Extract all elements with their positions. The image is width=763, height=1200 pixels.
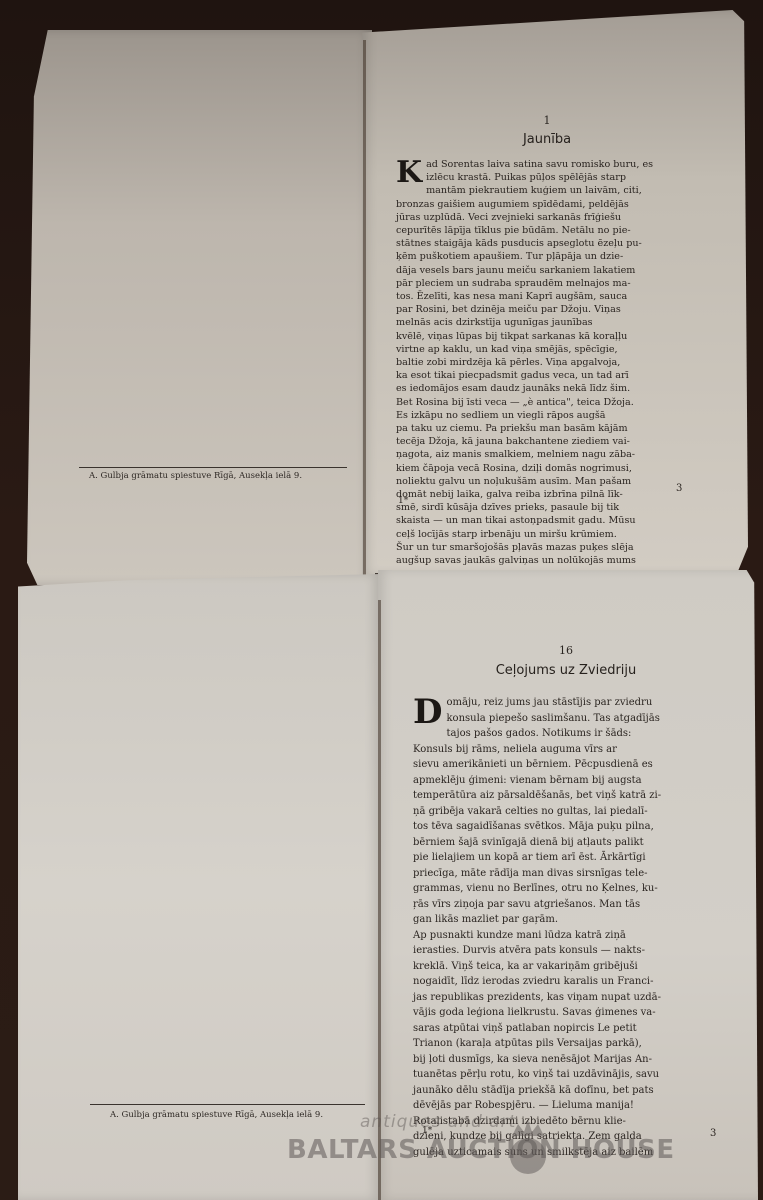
text-line: pār pleciem un sudraba spraudēm melnajos… — [396, 277, 688, 290]
text-line: Trianon (karaļa atpūtas pils Versaijas p… — [413, 1036, 695, 1052]
text-line: stātnes staigāja kāds pusducis apseglotu… — [396, 237, 688, 250]
chapter-body-text: K ad Sorentas laiva satina savu romisko … — [396, 158, 688, 567]
text-line: priecīga, māte rādīja man divas sirsnīga… — [413, 866, 695, 882]
imprint-rule — [90, 1104, 365, 1105]
text-line: pie lielajiem un kopā ar tiem arī ēst. Ā… — [413, 850, 695, 866]
bottom-book-right-page: 16 Ceļojums uz Zviedriju D omāju, reiz j… — [378, 570, 758, 1200]
text-line: ceļš locījās starp irbenāju un miršu krū… — [396, 528, 688, 541]
text-line: augšup savas jaukās galviņas un nolūkojā… — [396, 554, 688, 567]
text-line: par Rosini, bet dzinēja meiču par Džoju.… — [396, 303, 688, 316]
text-line: Es izkāpu no sedliem un viegli rāpos aug… — [396, 409, 688, 422]
text-line: vājis goda leģiona lielkrustu. Savas ģim… — [413, 1005, 695, 1021]
text-line: tecēja Džoja, kā jauna bakchantene ziedi… — [396, 435, 688, 448]
text-line: temperātūra aiz pārsaldēšanās, bet viņš … — [413, 788, 695, 804]
text-line: mantām piekrautiem kuģiem un laivām, cit… — [396, 184, 688, 197]
chapter-number: 16 — [378, 644, 756, 657]
text-line: tos tēva sagaidīšanas svētkos. Māja puķu… — [413, 819, 695, 835]
text-line: konsula piepešo saslimšanu. Tas atgadījā… — [413, 711, 695, 727]
text-line: Šur un tur smaršojošās pļavās mazas puķe… — [396, 541, 688, 554]
text-line: ŗās vīrs ziņoja par savu atgriešanos. Ma… — [413, 897, 695, 913]
chapter-title: Jaunība — [362, 132, 740, 147]
text-line: es iedomājos esam daudz jaunāks nekā līd… — [396, 382, 688, 395]
text-line: omāju, reiz jums jau stāstījis par zvied… — [413, 695, 695, 711]
text-line: skaista — un man tikai astoņpadsmit gadu… — [396, 514, 688, 527]
text-line: bērniem šajā svinīgajā dienā bij atļauts… — [413, 835, 695, 851]
printer-imprint: A. Gulbja grāmatu spiestuve Rīgā, Ausekļ… — [110, 1110, 323, 1120]
top-book-right-page: 1 Jaunība K ad Sorentas laiva satina sav… — [362, 10, 748, 575]
text-line: ierasties. Durvis atvēra pats konsuls — … — [413, 943, 695, 959]
drop-cap: K — [396, 160, 422, 186]
text-line: ķēm puškotiem apaušiem. Tur pļāpāja un d… — [396, 250, 688, 263]
crown-logo-icon — [506, 1118, 550, 1178]
chapter-title: Ceļojums uz Zviedriju — [378, 663, 756, 678]
text-line: tuanētas pērļu rotu, ko viņš tai uzdāvin… — [413, 1067, 695, 1083]
text-line: saras atpūtai viņš patlaban nopircis Le … — [413, 1021, 695, 1037]
watermark-tagline: antiques and art — [360, 1112, 516, 1132]
text-line: ņagota, aiz manis smalkiem, melniem nagu… — [396, 448, 688, 461]
text-line: pa taku uz ciemu. Pa priekšu man basām k… — [396, 422, 688, 435]
text-line: Konsuls bij rāms, neliela auguma vīrs ar — [413, 742, 695, 758]
text-line: jas republikas prezidents, kas viņam nup… — [413, 990, 695, 1006]
printer-imprint: A. Gulbja grāmatu spiestuve Rīgā, Ausekļ… — [89, 471, 302, 481]
text-line: tajos pašos gados. Notikums ir šāds: — [413, 726, 695, 742]
text-line: grammas, vienu no Berlīnes, otru no Ķeln… — [413, 881, 695, 897]
text-line: nogaidīt, līdz ierodas zviedru karalis u… — [413, 974, 695, 990]
text-line: ad Sorentas laiva satina savu romisko bu… — [396, 158, 688, 171]
text-line: jūras uzplūdā. Veci zvejnieki sarkanās f… — [396, 211, 688, 224]
text-line: kreklā. Viņš teica, ka ar vakariņām grib… — [413, 959, 695, 975]
top-book-spine — [363, 40, 366, 585]
text-line: ka esot tikai piecpadsmit gadus veca, un… — [396, 369, 688, 382]
text-line: noliektu galvu un noļukušām ausīm. Man p… — [396, 475, 688, 488]
drop-cap: D — [413, 697, 442, 727]
text-line: sievu amerikānieti un bērniem. Pēcpusdie… — [413, 757, 695, 773]
text-line: gan likās mazliet par gaŗām. — [413, 912, 695, 928]
text-line: bij ļoti dusmīgs, ka sieva nenēsājot Mar… — [413, 1052, 695, 1068]
text-line: ņā gribēja vakarā celties no gultas, lai… — [413, 804, 695, 820]
text-line: Ap pusnakti kundze mani lūdza katrā ziņā — [413, 928, 695, 944]
text-line: tos. Ēzelīti, kas nesa mani Kaprī augšām… — [396, 290, 688, 303]
text-line: dāja vesels bars jaunu meiču sarkaniem l… — [396, 264, 688, 277]
text-line: cepurītēs lāpīja tīklus pie būdām. Netāl… — [396, 224, 688, 237]
top-book-left-page: A. Gulbja grāmatu spiestuve Rīgā, Ausekļ… — [27, 30, 372, 585]
page-number: 3 — [710, 1128, 716, 1139]
text-line: baltie zobi mirdzēja kā pērles. Viņa apg… — [396, 356, 688, 369]
text-line: kiem čāpoja vecā Rosina, dziļi domās nog… — [396, 462, 688, 475]
chapter-number: 1 — [362, 114, 740, 127]
text-line: smē, sirdī kūsāja dzīves prieks, pasaule… — [396, 501, 688, 514]
text-line: melnās acis dzirkstīja ugunīgas jaunības — [396, 316, 688, 329]
text-line: kvēlē, viņas lūpas bij tikpat sarkanas k… — [396, 330, 688, 343]
bottom-book-left-page: A. Gulbja grāmatu spiestuve Rīgā, Ausekļ… — [18, 574, 380, 1200]
imprint-rule — [79, 467, 347, 468]
signature-mark: 1* — [398, 496, 408, 506]
watermark-brand: BALTARS AUCTION HOUSE — [287, 1135, 675, 1165]
text-line: domāt nebij laika, galva reiba izbrīna p… — [396, 488, 688, 501]
bottom-book-spine — [378, 600, 381, 1200]
text-line: izlēcu krastā. Puikas pūļos spēlējās sta… — [396, 171, 688, 184]
text-line: virtne ap kaklu, un kad viņa smējās, spē… — [396, 343, 688, 356]
text-line: Bet Rosina bij īsti veca — „è antica", t… — [396, 396, 688, 409]
text-line: bronzas gaišiem augumiem spīdēdami, peld… — [396, 198, 688, 211]
chapter-body-text: D omāju, reiz jums jau stāstījis par zvi… — [413, 695, 695, 1160]
text-line: jaunāko dēlu stādīja priekšā kā dofīnu, … — [413, 1083, 695, 1099]
page-number: 3 — [676, 483, 682, 494]
text-line: apmeklēju ģimeni: vienam bērnam bij augs… — [413, 773, 695, 789]
